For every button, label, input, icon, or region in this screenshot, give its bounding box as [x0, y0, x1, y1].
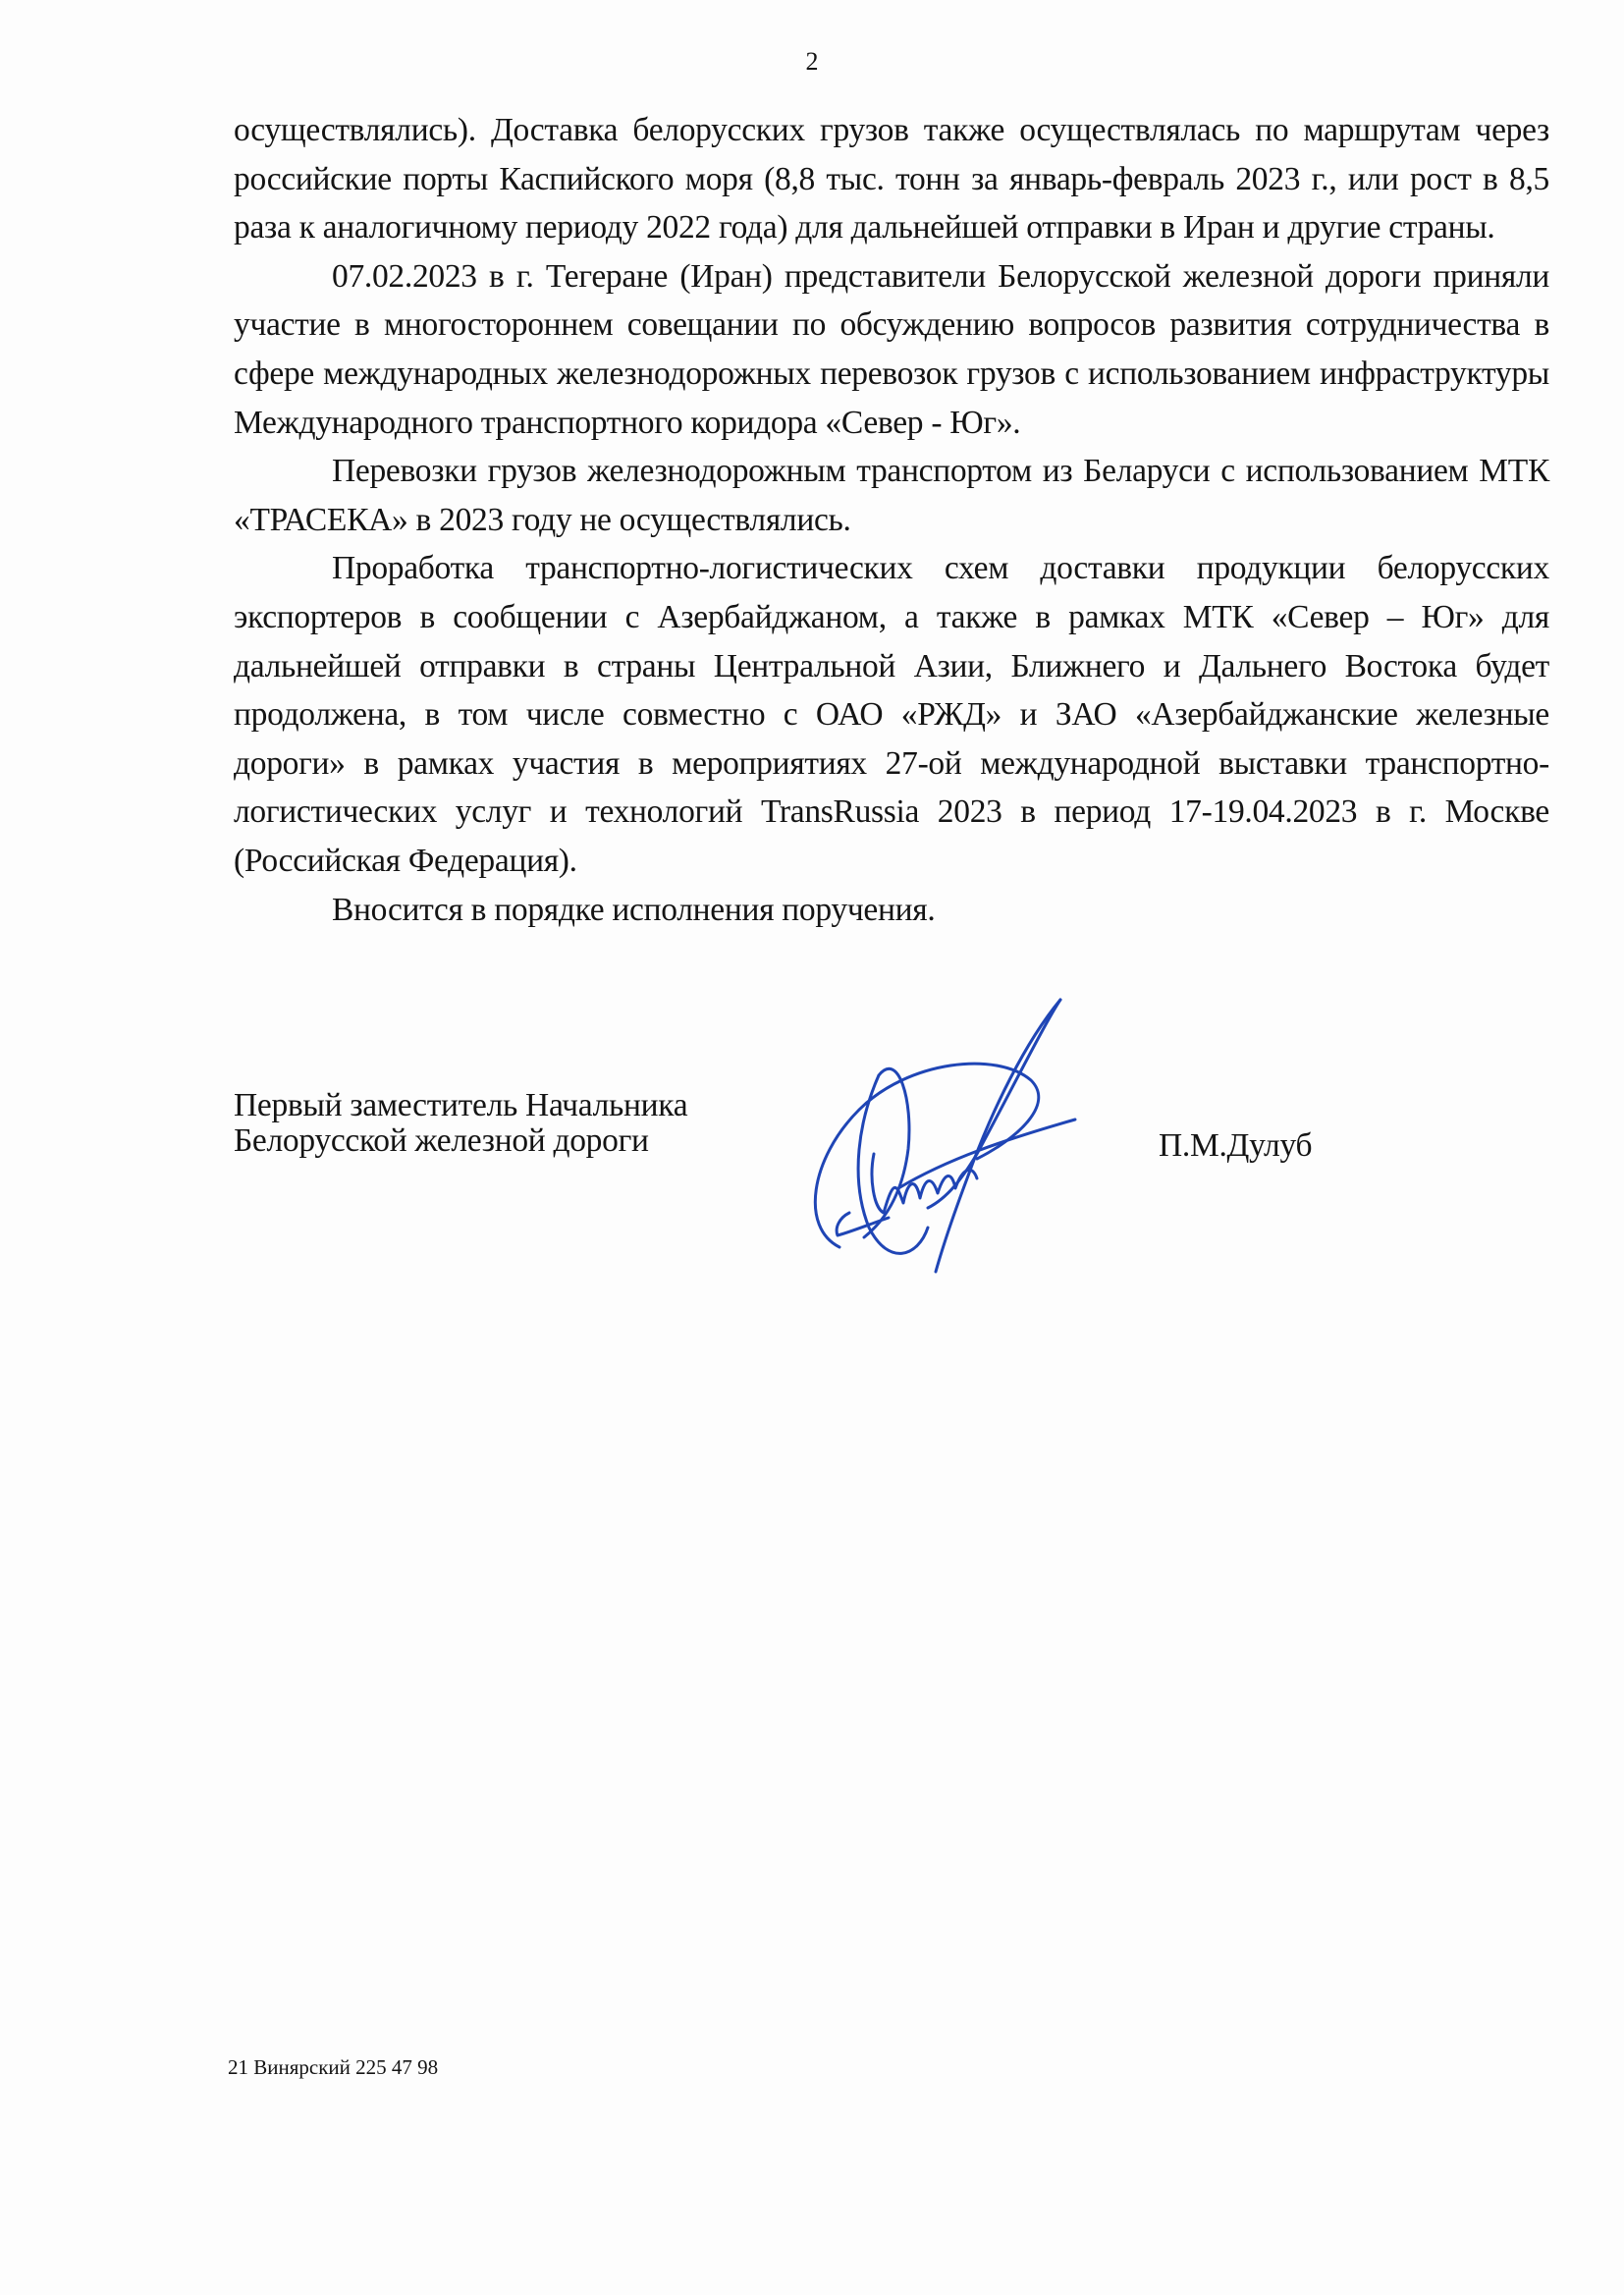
document-page: 2 осуществлялись). Доставка белорусских … — [0, 0, 1624, 2295]
signer-name: П.М.Дулуб — [1159, 1127, 1312, 1165]
paragraph-3: Перевозки грузов железнодорожным транспо… — [234, 447, 1549, 544]
paragraph-1: осуществлялись). Доставка белорусских гр… — [234, 106, 1549, 252]
page-number: 2 — [0, 47, 1624, 77]
paragraph-4: Проработка транспортно-логистических схе… — [234, 544, 1549, 885]
signatory-title-line-2: Белорусской железной дороги — [234, 1123, 687, 1159]
handwritten-signature-icon — [781, 982, 1105, 1277]
signatory-title: Первый заместитель Начальника Белорусско… — [234, 1088, 687, 1159]
signatory-title-line-1: Первый заместитель Начальника — [234, 1088, 687, 1123]
paragraph-5: Вносится в порядке исполнения поручения. — [234, 886, 1549, 935]
letter-body: осуществлялись). Доставка белорусских гр… — [234, 106, 1549, 934]
executor-footer: 21 Винярский 225 47 98 — [228, 2055, 438, 2080]
paragraph-2: 07.02.2023 в г. Тегеране (Иран) представ… — [234, 252, 1549, 447]
